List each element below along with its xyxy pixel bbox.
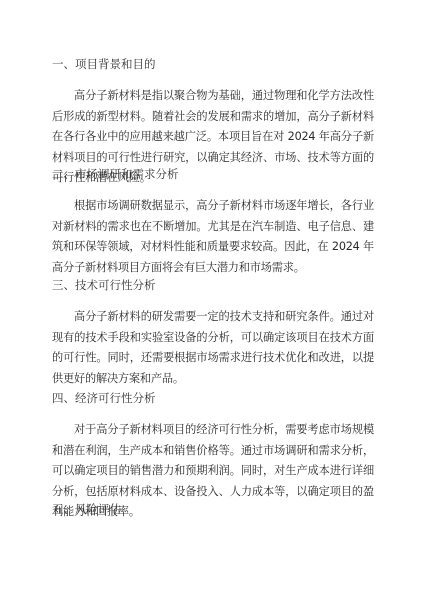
section-paragraph-3: 高分子新材料的研发需要一定的技术支持和研究条件。通过对现有的技术手段和实验室设备… <box>52 307 374 389</box>
section-paragraph-2: 根据市场调研数据显示，高分子新材料市场逐年增长，各行业对新材料的需求也在不断增加… <box>52 196 374 278</box>
section-heading-1: 一、项目背景和目的 <box>52 57 156 71</box>
section-heading-5: 五、风险评估 <box>52 502 121 516</box>
section-heading-2: 二、市场调研和需求分析 <box>52 167 179 181</box>
section-heading-3: 三、技术可行性分析 <box>52 278 156 292</box>
section-heading-4: 四、经济可行性分析 <box>52 391 156 405</box>
